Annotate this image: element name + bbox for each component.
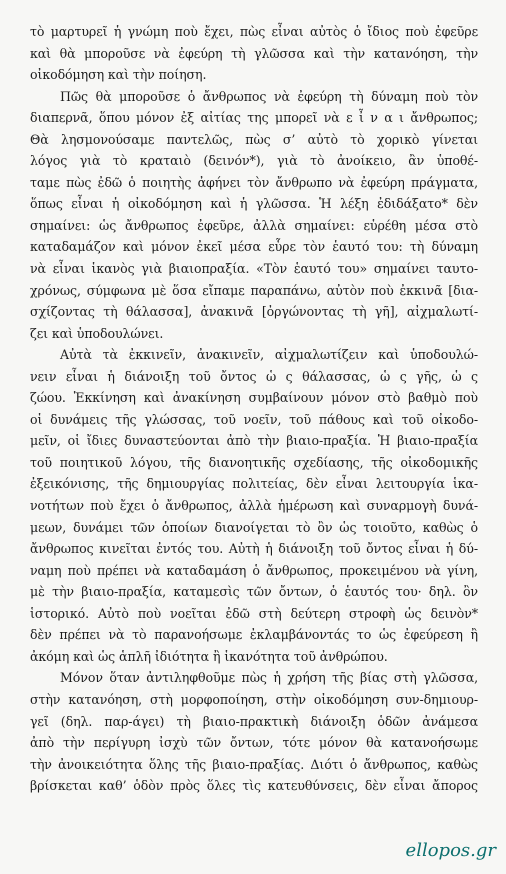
text-line: καταδαμάζον καὶ μόνον ἐκεῖ μέσα εὗρε τὸν… xyxy=(30,236,478,258)
text-line: ζει καὶ ὑποδουλώνει. xyxy=(30,323,478,345)
text-line: Πῶς θὰ μποροῦσε ὁ ἄνθρωπος νὰ ἐφεύρη τὴ … xyxy=(30,86,478,108)
text-line: Μόνον ὅταν ἀντιληφθοῦμε πὼς ἡ χρήση τῆς … xyxy=(30,667,478,689)
text-line: καὶ θὰ μποροῦσε νὰ ἐφεύρη τὴ γλῶσσα καὶ … xyxy=(30,43,478,65)
text-line: μεων, δυνάμει τῶν ὁποίων διανοίγεται τὸ … xyxy=(30,517,478,539)
text-line: οἱ δυνάμεις τῆς γλώσσας, τοῦ νοεῖν, τοῦ … xyxy=(30,409,478,431)
text-line: βρίσκεται καθ’ ὁδὸν πρὸς ὅλες τὶς κατευθ… xyxy=(30,775,478,797)
text-line: τὴν ἀνοικειότητα ὅλης τῆς βιαιο-πραξίας.… xyxy=(30,754,478,776)
text-line: νειν εἶναι ἡ διάνοιξη τοῦ ὄντος ὡ ς θάλα… xyxy=(30,366,478,388)
text-line: ἐξεικόνισης, τῆς δημιουργίας πολιτείας, … xyxy=(30,473,478,495)
text-line: Θὰ λησμονούσαμε παντελῶς, πὼς σ’ αὐτὸ τὸ… xyxy=(30,129,478,151)
text-line: διαπερνᾶ, ὅπου μόνον ἐξ αἰτίας της μπορε… xyxy=(30,107,478,129)
text-line: δὲν πρέπει νὰ τὸ παρανοήσωμε ἐκλαμβάνοντ… xyxy=(30,624,478,646)
paragraph: Μόνον ὅταν ἀντιληφθοῦμε πὼς ἡ χρήση τῆς … xyxy=(30,667,478,796)
text-line: ἀκόμη καὶ ὡς ἁπλῆ ἰδιότητα ἢ ἱκανότητα τ… xyxy=(30,646,478,668)
paragraph: Αὐτὰ τὰ ἐκκινεῖν, ἀνακινεῖν, αἰχμαλωτίζε… xyxy=(30,344,478,667)
text-line: ἱστορικό. Αὐτὸ ποὺ νοεῖται ἐδῶ στὴ δεύτε… xyxy=(30,603,478,625)
text-block: τὸ μαρτυρεῖ ἡ γνώμη ποὺ ἔχει, πὼς εἶναι … xyxy=(30,21,478,797)
text-line: ταμε πὼς ἐδῶ ὁ ποιητὴς ἀφήνει τὸν ἄνθρωπ… xyxy=(30,172,478,194)
paragraph: τὸ μαρτυρεῖ ἡ γνώμη ποὺ ἔχει, πὼς εἶναι … xyxy=(30,21,478,86)
text-line: μεῖν, οἱ ἴδιες δυναστεύονται ἀπὸ τὴν βια… xyxy=(30,430,478,452)
text-line: χρόνως, σύμφωνα μὲ ὅσα εἴπαμε παραπάνω, … xyxy=(30,280,478,302)
text-line: ἄνθρωπος κινεῖται ἐντός του. Αὐτὴ ἡ διάν… xyxy=(30,538,478,560)
text-line: σημαίνει: ὡς ἄνθρωπος ἐφεῦρε, ἀλλὰ σημαί… xyxy=(30,215,478,237)
text-line: σχίζοντας τὴ θάλασσα], ἀνακινᾶ [ὀργώνοντ… xyxy=(30,301,478,323)
paragraph: Πῶς θὰ μποροῦσε ὁ ἄνθρωπος νὰ ἐφεύρη τὴ … xyxy=(30,86,478,345)
text-line: στὴν κατανόηση, στὴ μορφοποίηση, στὴν οἰ… xyxy=(30,689,478,711)
text-line: τοῦ ποιητικοῦ λόγου, τῆς διανοητικῆς σχε… xyxy=(30,452,478,474)
text-line: ὅπως εἶναι ἡ οἰκοδόμηση καὶ ἡ γλῶσσα. Ἡ … xyxy=(30,193,478,215)
text-line: ναμη ποὺ πρέπει νὰ καταδαμάση ὁ ἄνθρωπος… xyxy=(30,560,478,582)
text-line: ἀπὸ τὴν περίγυρη ἰσχὺ τῶν ὄντων, τότε μό… xyxy=(30,732,478,754)
text-line: οἰκοδόμηση καὶ τὴν ποίηση. xyxy=(30,64,478,86)
text-line: ζώου. Ἐκκίνηση καὶ ἀνακίνηση συμβαίνουν … xyxy=(30,387,478,409)
ellopos-watermark: ellopos.gr xyxy=(406,840,496,861)
text-line: μὲ τὴν βιαιο-πραξία, καταμεσὶς τῶν ὄντων… xyxy=(30,581,478,603)
text-line: νοτήτων ποὺ ἔχει ὁ ἄνθρωπος, ἀλλὰ ἡμέρωσ… xyxy=(30,495,478,517)
text-line: νὰ εἶναι ἱκανὸς γιὰ βιαιοπραξία. «Τὸν ἑα… xyxy=(30,258,478,280)
text-line: λόγος γιὰ τὸ κραταιὸ (δεινόν*), γιὰ τὸ ἀ… xyxy=(30,150,478,172)
scanned-page: τὸ μαρτυρεῖ ἡ γνώμη ποὺ ἔχει, πὼς εἶναι … xyxy=(0,0,506,874)
text-line: Αὐτὰ τὰ ἐκκινεῖν, ἀνακινεῖν, αἰχμαλωτίζε… xyxy=(30,344,478,366)
text-line: τὸ μαρτυρεῖ ἡ γνώμη ποὺ ἔχει, πὼς εἶναι … xyxy=(30,21,478,43)
text-line: γεῖ (δηλ. παρ-άγει) τὴ βιαιο-πρακτικὴ δι… xyxy=(30,711,478,733)
